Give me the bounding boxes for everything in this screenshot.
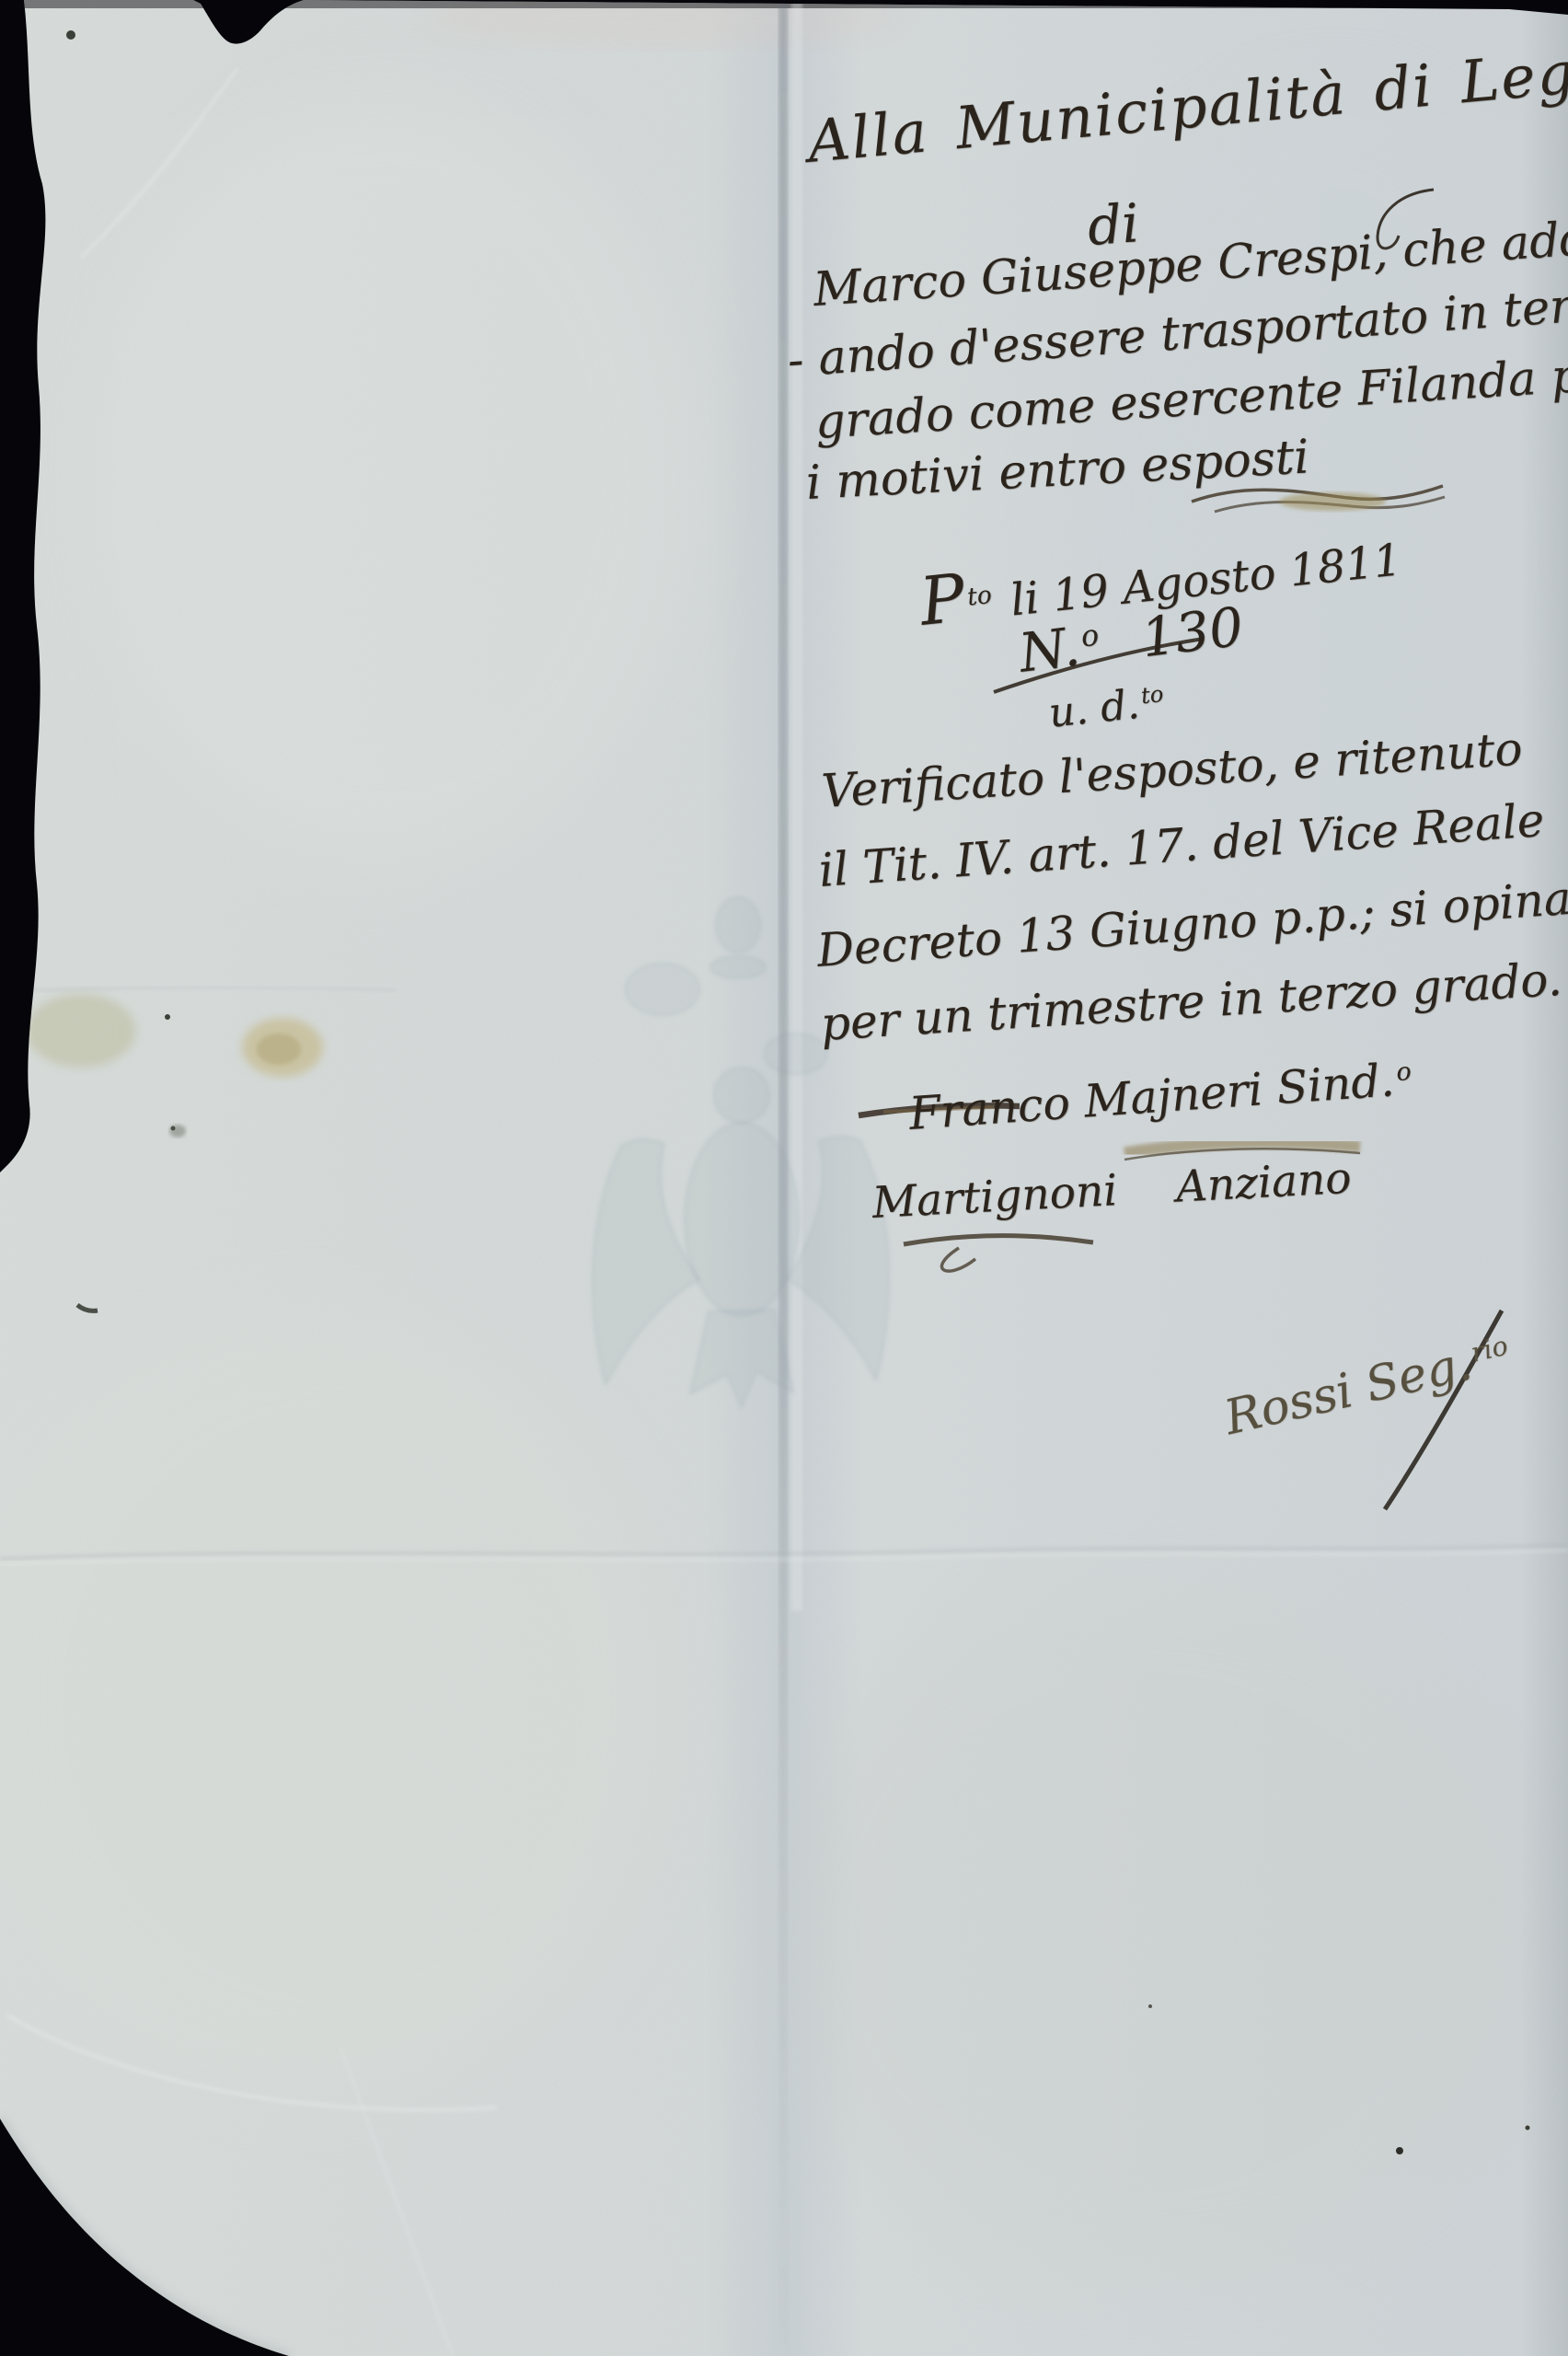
signature-segretario: Rossi Seg.rio [1219, 1327, 1516, 1447]
signature-segretario-name: Rossi Seg. [1219, 1335, 1477, 1446]
signature-anziano-name: Martignoni [871, 1165, 1119, 1229]
signature-sindaco-name: Franco Majneri Sind. [907, 1054, 1396, 1140]
protocol-label-sup: o [1078, 617, 1101, 653]
dateline-initial: P [917, 559, 969, 641]
ut-supra-sup: to [1140, 681, 1165, 709]
signature-anziano-role: Anziano [1175, 1153, 1353, 1213]
handwriting-layer: Alla Municipalità di Legnano di Marco Gi… [0, 0, 1568, 2356]
protocol-label: N. [1016, 615, 1083, 684]
protocol-value: 130 [1138, 595, 1247, 669]
signature-sindaco-sup: o [1395, 1057, 1412, 1087]
ut-supra-note: u. d.to [1046, 678, 1166, 737]
signature-sindaco: Franco Majneri Sind.o [907, 1053, 1413, 1140]
dateline-initial-sup: to [966, 581, 994, 612]
document-photo: Alla Municipalità di Legnano di Marco Gi… [0, 0, 1568, 2356]
ut-supra-base: u. d. [1046, 681, 1141, 737]
signature-segretario-sup: rio [1468, 1329, 1511, 1368]
addressee-title: Alla Municipalità di Legnano [805, 25, 1568, 176]
signature-anziano: MartignoniAnziano [871, 1153, 1353, 1229]
